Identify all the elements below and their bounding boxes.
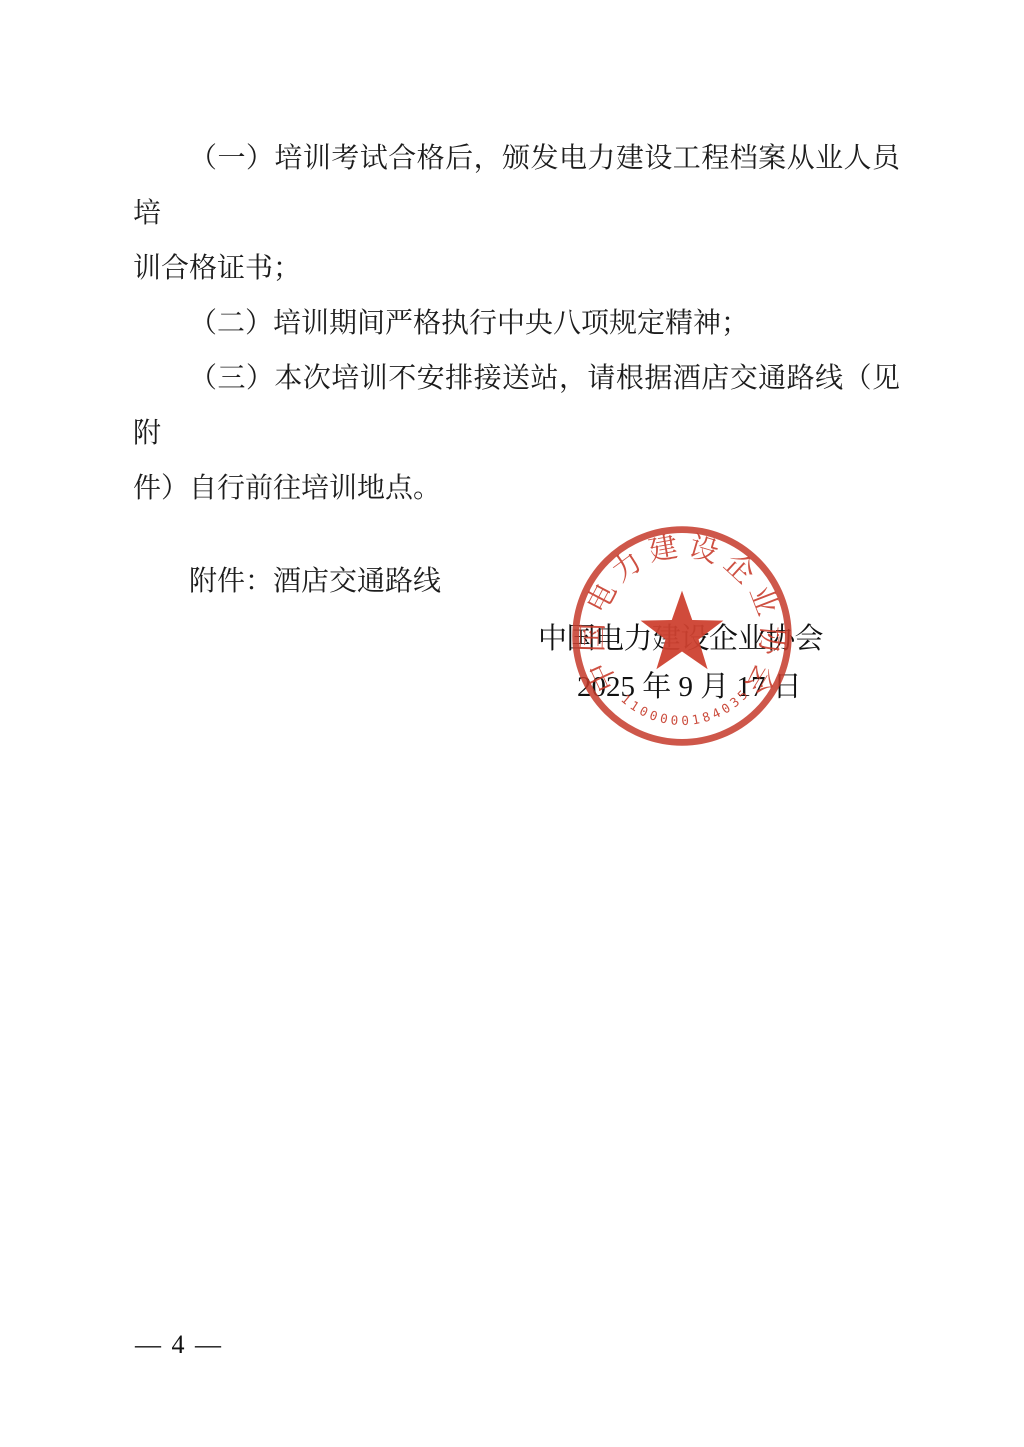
seal-graphic: 中国电力建设企业协会 1100000184035 bbox=[566, 520, 798, 752]
page-number: — 4 — bbox=[135, 1330, 223, 1360]
official-seal-stamp: 中国电力建设企业协会 1100000184035 bbox=[566, 520, 798, 752]
body-line: （二）培训期间严格执行中央八项规定精神； bbox=[133, 296, 900, 351]
seal-star-icon bbox=[641, 591, 724, 670]
body-line: 训合格证书； bbox=[133, 241, 900, 296]
body-line: 件）自行前往培训地点。 bbox=[133, 461, 900, 516]
body-line: （三）本次培训不安排接送站，请根据酒店交通路线（见附 bbox=[133, 351, 900, 461]
document-page: （一）培训考试合格后，颁发电力建设工程档案从业人员培 训合格证书； （二）培训期… bbox=[0, 0, 1024, 1447]
body-line: （一）培训考试合格后，颁发电力建设工程档案从业人员培 bbox=[133, 131, 900, 241]
seal-serial-number: 1100000184035 bbox=[618, 684, 753, 728]
